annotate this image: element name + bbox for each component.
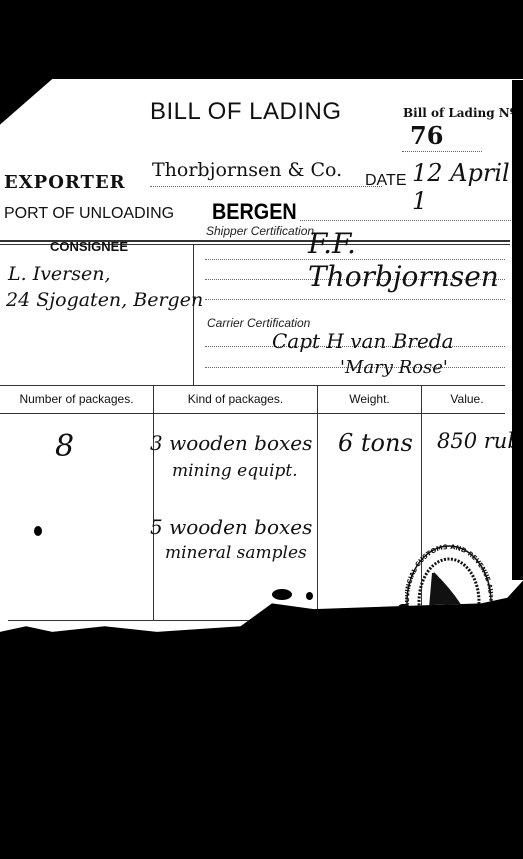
header-weight: Weight. — [318, 392, 421, 406]
exporter-label: EXPORTER — [4, 172, 126, 193]
header-value: Value. — [422, 392, 512, 406]
carrier-cert-label: Carrier Certification — [207, 316, 310, 330]
flag-icon — [427, 572, 464, 643]
consignee-label: CONSIGNEE — [50, 239, 128, 254]
ink-spot — [272, 589, 292, 600]
bill-number-line — [402, 151, 482, 152]
header-kind: Kind of packages. — [154, 392, 317, 406]
ink-spot — [398, 604, 410, 614]
consignee-name: L. Iversen, — [8, 263, 111, 285]
col-divider-2 — [317, 385, 318, 621]
cell-kind-line1: 3 wooden boxes — [150, 431, 312, 455]
cell-kind-line4: mineral samples — [165, 543, 307, 563]
table-header-rule — [0, 413, 505, 414]
port-value: BERGEN — [212, 199, 297, 225]
customs-stamp: NOVY ODENSE PROVINCIAL CUSTOMS AND REVEN… — [405, 543, 493, 661]
consignee-divider — [193, 244, 194, 385]
consignee-address: 24 Sjogaten, Bergen — [6, 289, 203, 311]
ink-spot — [34, 526, 42, 536]
document-title: BILL OF LADING — [150, 98, 342, 126]
cell-weight: 6 tons — [338, 429, 413, 457]
cell-value: 850 rub — [437, 429, 521, 453]
paper-edge-shadow — [512, 80, 523, 580]
shipper-cert-label: Shipper Certification — [206, 224, 314, 238]
carrier-signature: Capt H van Breda — [272, 329, 454, 353]
header-number: Number of packages. — [0, 392, 153, 406]
shipper-signature: F.F. Thorbjornsen — [308, 227, 523, 293]
date-value: 12 April 1 — [412, 159, 523, 215]
exporter-line — [150, 186, 382, 187]
bill-of-lading-document: BILL OF LADING Bill of Lading Nº 76 EXPO… — [0, 79, 523, 649]
bill-number-value: 76 — [410, 121, 443, 150]
table-top-rule — [0, 385, 505, 386]
cell-kind-line3: 5 wooden boxes — [150, 515, 312, 539]
bill-number-label: Bill of Lading Nº — [403, 106, 516, 120]
exporter-value: Thorbjornsen & Co. — [152, 159, 342, 181]
port-label: PORT OF UNLOADING — [4, 205, 174, 223]
cell-number: 8 — [55, 429, 74, 464]
table-bottom-rule — [8, 620, 505, 621]
date-label: DATE — [365, 172, 406, 190]
port-line — [300, 220, 513, 221]
carrier-ship-name: 'Mary Rose' — [340, 357, 448, 378]
shipper-line-3 — [205, 299, 505, 300]
col-divider-1 — [153, 385, 154, 621]
cell-kind-line2: mining equipt. — [172, 461, 298, 481]
ink-spot — [306, 592, 313, 600]
